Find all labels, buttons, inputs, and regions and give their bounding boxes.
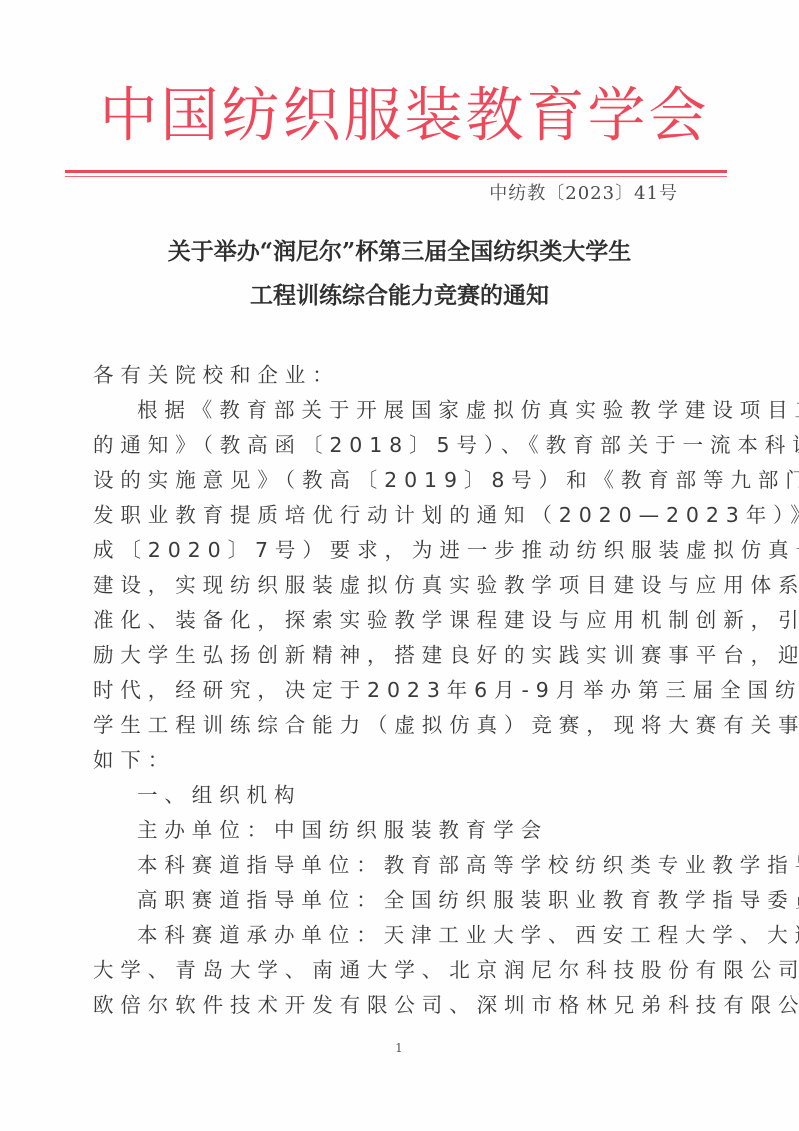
letterhead-char: 中 <box>98 77 159 152</box>
notice-title-line-1: 关于举办“润尼尔”杯第三届全国纺织类大学生 <box>0 234 799 270</box>
letterhead-char: 学 <box>586 77 647 152</box>
letterhead-divider-thin <box>65 176 727 177</box>
vocational-guidance-line: 高职赛道指导单位：全国纺织服装职业教育教学指导委员会 <box>93 883 705 918</box>
notice-body: 各有关院校和企业： 根据《教育部关于开展国家虚拟仿真实验教学建设项目工作 的通知… <box>93 358 705 1023</box>
organizer-line: 主办单位：中国纺织服装教育学会 <box>93 813 705 848</box>
undergrad-hosts-line: 本科赛道承办单位：天津工业大学、西安工程大学、大连工业 <box>93 918 705 953</box>
undergrad-hosts-line: 大学、青岛大学、南通大学、北京润尼尔科技股份有限公司、北京 <box>93 953 705 988</box>
body-line: 发职业教育提质培优行动计划的通知（2020—2023年）》（教职 <box>93 498 705 533</box>
letterhead-divider-thick <box>65 170 727 173</box>
document-number: 中纺教〔2023〕41号 <box>489 181 678 207</box>
salutation: 各有关院校和企业： <box>93 358 705 393</box>
undergrad-hosts-line: 欧倍尔软件技术开发有限公司、深圳市格林兄弟科技有限公司。 <box>93 988 705 1023</box>
letterhead-char: 国 <box>159 77 220 152</box>
letterhead-char: 会 <box>647 77 708 152</box>
body-line: 如下： <box>93 743 705 778</box>
body-line: 励大学生弘扬创新精神，搭建良好的实践实训赛事平台，迎接智能 <box>93 638 705 673</box>
body-line: 建设，实现纺织服装虚拟仿真实验教学项目建设与应用体系化、标 <box>93 568 705 603</box>
body-line: 成〔2020〕7号）要求，为进一步推动纺织服装虚拟仿真一流课程 <box>93 533 705 568</box>
body-line: 学生工程训练综合能力（虚拟仿真）竞赛，现将大赛有关事项通知 <box>93 708 705 743</box>
section-heading: 一、组织机构 <box>93 778 705 813</box>
undergrad-guidance-line: 本科赛道指导单位：教育部高等学校纺织类专业教学指导委员会 <box>93 848 705 883</box>
letterhead-char: 纺 <box>220 77 281 152</box>
notice-title-line-2: 工程训练综合能力竞赛的通知 <box>0 278 799 314</box>
organization-letterhead: 中 国 纺 织 服 装 教 育 学 会 <box>98 78 708 152</box>
body-line: 设的实施意见》（教高〔2019〕8号）和《教育部等九部门关于印 <box>93 463 705 498</box>
body-line: 的通知》（教高函〔2018〕5号）、《教育部关于一流本科课程建 <box>93 428 705 463</box>
letterhead-char: 服 <box>342 77 403 152</box>
page-number: 1 <box>390 1038 408 1058</box>
letterhead-char: 教 <box>464 77 525 152</box>
letterhead-char: 育 <box>525 77 586 152</box>
body-line: 根据《教育部关于开展国家虚拟仿真实验教学建设项目工作 <box>93 393 705 428</box>
letterhead-char: 织 <box>281 77 342 152</box>
body-line: 时代，经研究，决定于2023年6月-9月举办第三届全国纺织类大 <box>93 673 705 708</box>
body-line: 准化、装备化，探索实验教学课程建设与应用机制创新，引导和激 <box>93 603 705 638</box>
letterhead-char: 装 <box>403 77 464 152</box>
